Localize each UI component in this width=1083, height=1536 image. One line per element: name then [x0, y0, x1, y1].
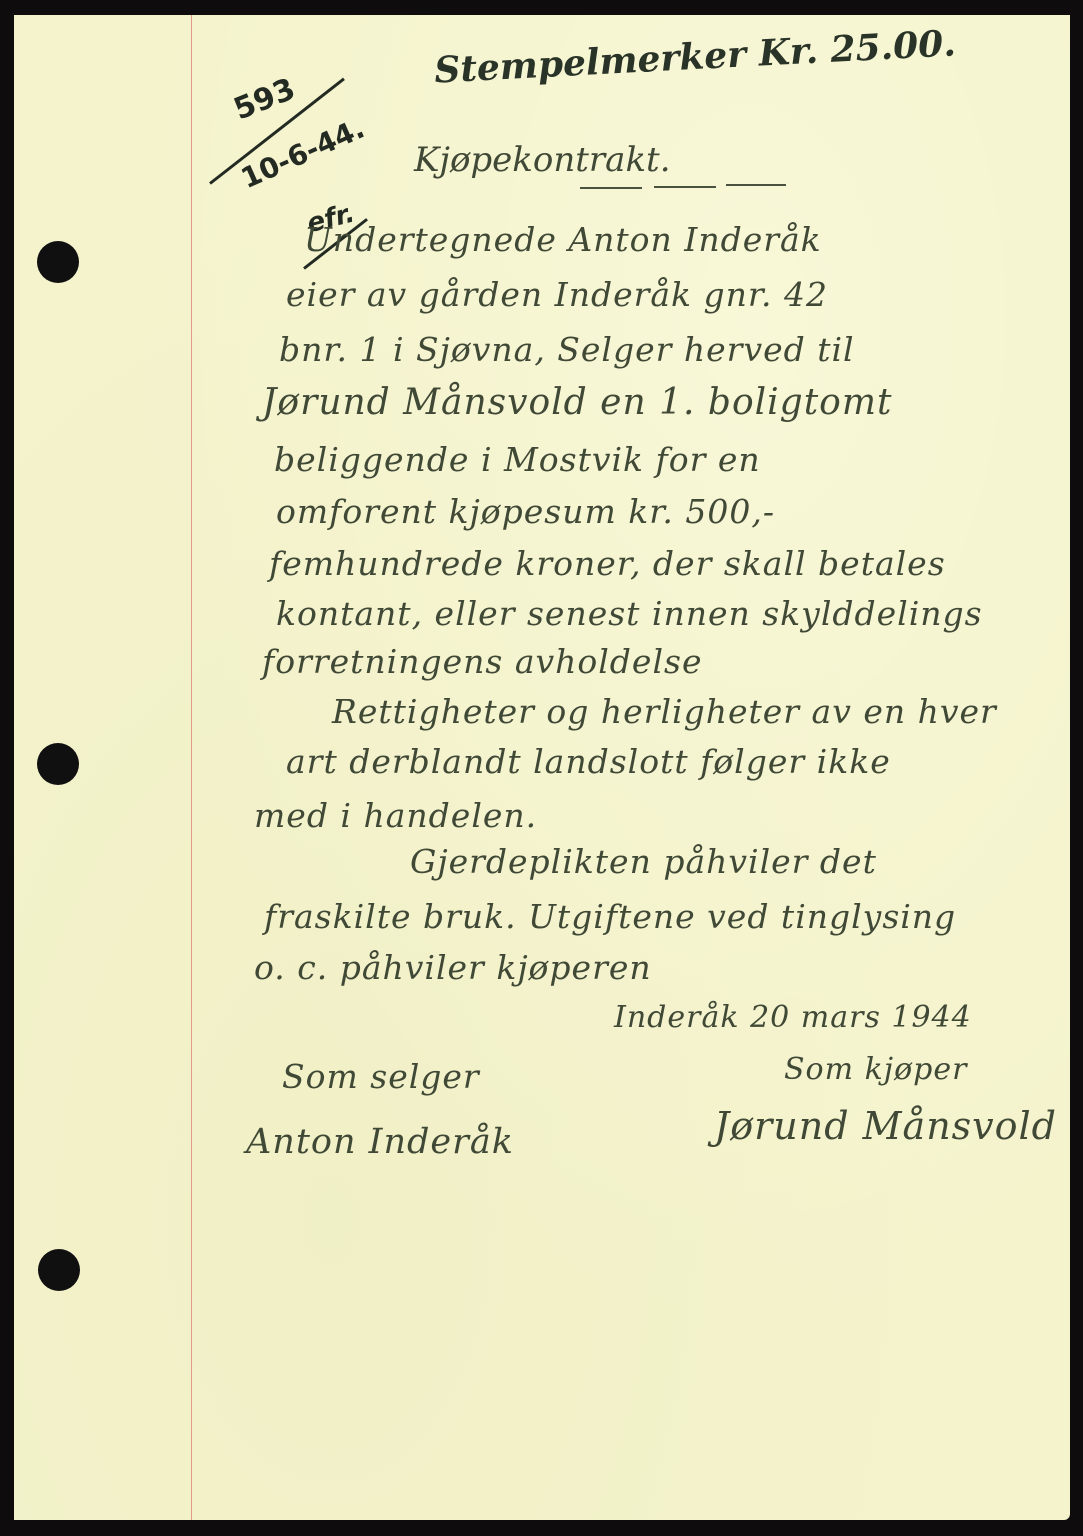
body-line: fraskilte bruk. Utgiftene ved tinglysing	[264, 900, 956, 933]
seller-signature: Anton Inderåk	[246, 1125, 514, 1160]
body-line: med i handelen.	[254, 799, 537, 832]
body-line: eier av gården Inderåk gnr. 42	[286, 278, 828, 311]
place-and-date: Inderåk 20 mars 1944	[614, 1003, 972, 1033]
body-line: Undertegnede Anton Inderåk	[304, 223, 822, 256]
punch-hole-middle	[37, 743, 79, 785]
stamp-duty-line: Stempelmerker Kr. 25.00.	[433, 25, 956, 88]
body-line: Rettigheter og herligheter av en hver	[332, 695, 997, 728]
scanned-page: 593 10-6-44. efr. Stempelmerker Kr. 25.0…	[0, 0, 1083, 1536]
body-line: femhundrede kroner, der skall betales	[269, 547, 946, 580]
title-underline-3	[726, 184, 786, 186]
punch-hole-top	[37, 241, 79, 283]
body-line: o. c. påhviler kjøperen	[254, 951, 652, 984]
paper-sheet: 593 10-6-44. efr. Stempelmerker Kr. 25.0…	[14, 15, 1070, 1520]
buyer-signature: Jørund Månsvold	[714, 1107, 1057, 1145]
document-title: Kjøpekontrakt.	[414, 143, 671, 177]
body-line: forretningens avholdelse	[262, 645, 702, 678]
punch-hole-bottom	[38, 1249, 80, 1291]
body-line: kontant, eller senest innen skylddelings	[276, 597, 983, 630]
title-underline-2	[654, 186, 716, 188]
buyer-role-label: Som kjøper	[784, 1055, 967, 1085]
body-line: bnr. 1 i Sjøvna, Selger herved til	[279, 333, 855, 366]
red-margin-line	[191, 15, 192, 1520]
seller-role-label: Som selger	[282, 1060, 480, 1093]
body-line: Jørund Månsvold en 1. boligtomt	[262, 385, 892, 421]
body-line: Gjerdeplikten påhviler det	[410, 845, 877, 878]
body-line: omforent kjøpesum kr. 500,-	[276, 495, 775, 528]
title-underline-1	[580, 187, 642, 189]
body-line: art derblandt landslott følger ikke	[286, 745, 891, 778]
registry-date: 10-6-44.	[236, 112, 369, 196]
body-line: beliggende i Mostvik for en	[274, 443, 761, 476]
